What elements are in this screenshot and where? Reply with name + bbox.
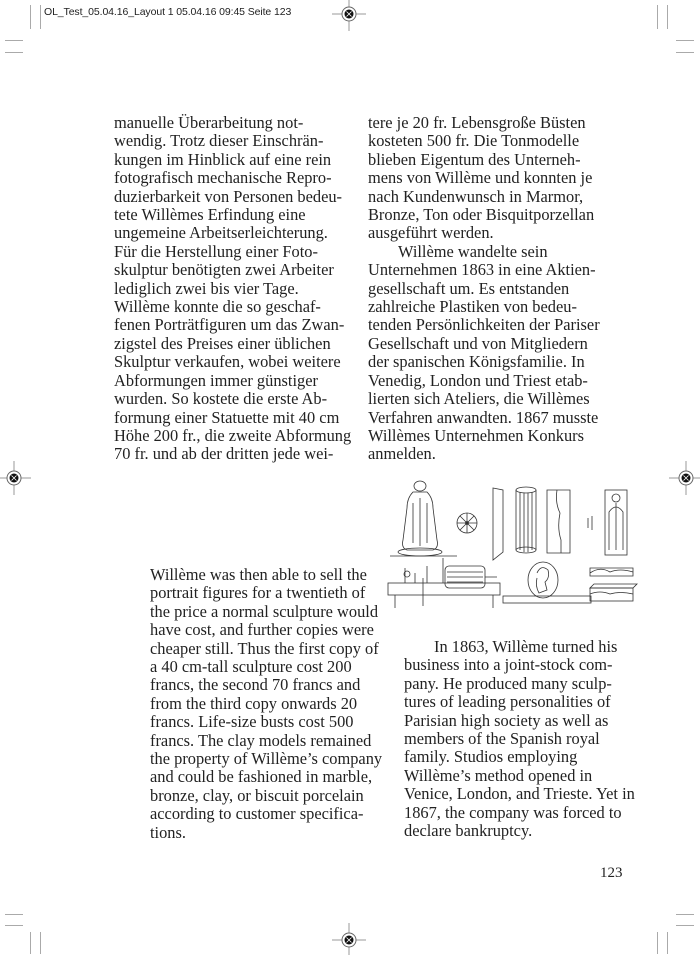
crop-mark — [5, 40, 23, 41]
crop-mark — [676, 52, 694, 53]
crop-mark — [667, 932, 668, 954]
crop-mark — [5, 925, 23, 926]
crop-mark — [30, 5, 31, 29]
german-column-1: manuelle Überarbeitung not- wendig. Trot… — [114, 114, 351, 464]
photosculpture-illustration-icon — [385, 478, 645, 618]
print-slug: OL_Test_05.04.16_Layout 1 05.04.16 09:45… — [44, 6, 291, 18]
mould-icon — [605, 490, 627, 555]
crop-mark — [676, 914, 694, 915]
german-paragraph: manuelle Überarbeitung not- wendig. Trot… — [114, 114, 351, 464]
german-column-2: tere je 20 fr. Lebensgroße Büsten kostet… — [368, 114, 600, 464]
crop-mark — [5, 52, 23, 53]
pins-icon — [588, 516, 592, 530]
profile-strip-icon — [547, 490, 570, 553]
crop-mark — [657, 5, 658, 29]
block-icon — [590, 584, 637, 601]
crop-mark — [5, 914, 23, 915]
crop-mark — [676, 925, 694, 926]
crop-mark — [676, 40, 694, 41]
page-number: 123 — [600, 865, 623, 882]
profile-bar-icon — [590, 568, 633, 576]
lathe-machine-icon — [388, 558, 500, 608]
german-paragraph: tere je 20 fr. Lebensgroße Büsten kostet… — [368, 114, 600, 243]
crop-mark — [40, 932, 41, 954]
german-paragraph: Willème wandelte sein Unternehmen 1863 i… — [368, 243, 600, 464]
disc-icon — [457, 513, 477, 533]
crop-mark — [657, 932, 658, 954]
registration-mark-icon — [669, 461, 700, 495]
english-paragraph: In 1863, Willème turned his business int… — [404, 638, 635, 840]
crop-mark — [30, 932, 31, 954]
registration-mark-icon — [0, 461, 31, 495]
portrait-medallion-icon — [528, 562, 558, 598]
registration-mark-icon — [332, 0, 366, 31]
crop-mark — [40, 5, 41, 29]
statue-icon — [390, 481, 457, 556]
english-paragraph: Willème was then able to sell the portra… — [150, 566, 382, 842]
crop-mark — [667, 5, 668, 29]
english-column-1: Willème was then able to sell the portra… — [150, 566, 382, 842]
cylinder-icon — [516, 487, 536, 553]
plate-icon — [493, 488, 503, 560]
registration-mark-icon — [332, 923, 366, 955]
english-column-2: In 1863, Willème turned his business int… — [404, 638, 635, 840]
